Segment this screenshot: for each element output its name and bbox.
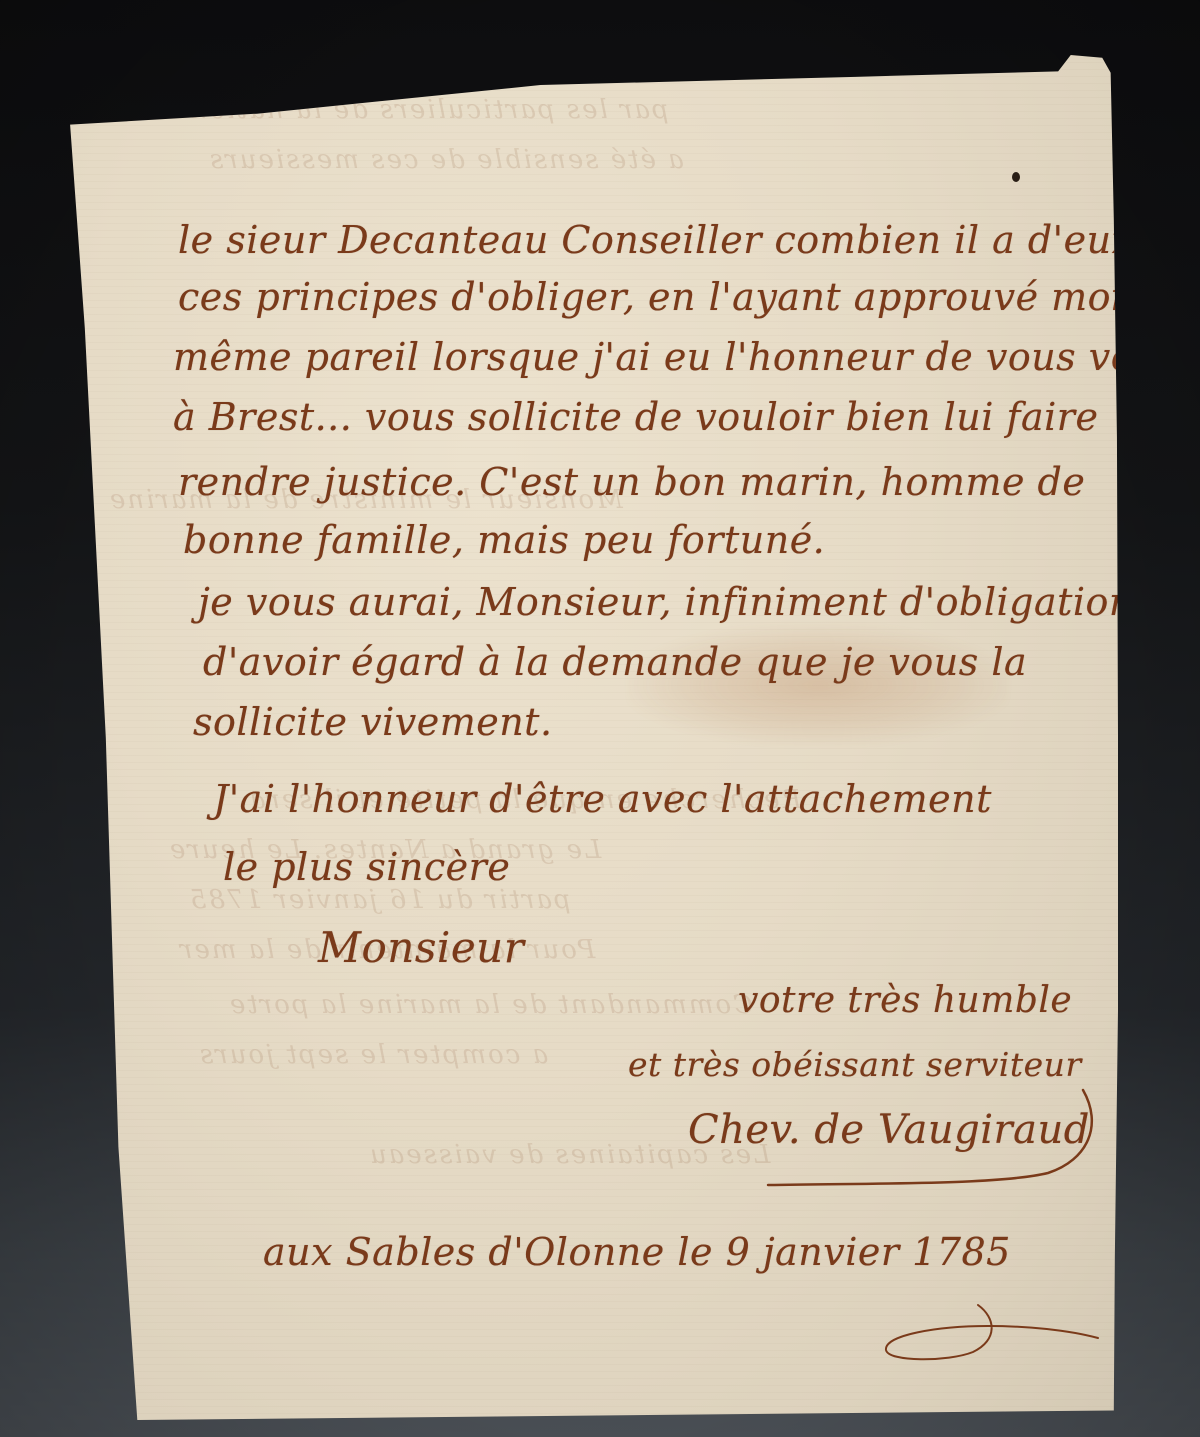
bleed-through-text: Commandant de la marine la porte bbox=[228, 990, 753, 1020]
letter-body-line: rendre justice. C'est un bon marin, homm… bbox=[178, 460, 1085, 504]
salutation: Monsieur bbox=[318, 923, 524, 972]
letter-body-line: à Brest... vous sollicite de vouloir bie… bbox=[173, 395, 1098, 439]
signature-flourish bbox=[728, 1085, 1128, 1195]
letter-body-line: le plus sincère bbox=[223, 845, 510, 889]
closing-line: votre très humble bbox=[738, 980, 1072, 1021]
letter-body-line: d'avoir égard à la demande que je vous l… bbox=[203, 640, 1027, 684]
letter-body-line: je vous aurai, Monsieur, infiniment d'ob… bbox=[198, 580, 1134, 624]
dateline: aux Sables d'Olonne le 9 janvier 1785 bbox=[263, 1230, 1011, 1274]
letter-body-line: bonne famille, mais peu fortuné. bbox=[183, 518, 825, 562]
bleed-through-text: partir du 16 janvier 1785 bbox=[188, 885, 571, 915]
bleed-through-text: par les particuliers de la nation bbox=[188, 95, 669, 125]
bleed-through-text: a compter le sept jours bbox=[198, 1040, 548, 1070]
letter-body-line: ces principes d'obliger, en l'ayant appr… bbox=[178, 275, 1124, 319]
letter-body-line: sollicite vivement. bbox=[193, 700, 553, 744]
letter-paper: par les particuliers de la nation a été … bbox=[68, 55, 1118, 1420]
closing-flourish bbox=[878, 1300, 1108, 1370]
letter-body-line: même pareil lorsque j'ai eu l'honneur de… bbox=[173, 335, 1165, 379]
closing-line: et très obéissant serviteur bbox=[628, 1045, 1082, 1084]
letter-body-line: le sieur Decanteau Conseiller combien il… bbox=[178, 218, 1134, 262]
ink-blot bbox=[1012, 172, 1020, 182]
bleed-through-text: a été sensible de ces messieurs bbox=[208, 145, 684, 175]
letter-body-line: J'ai l'honneur d'être avec l'attachement bbox=[213, 777, 992, 821]
